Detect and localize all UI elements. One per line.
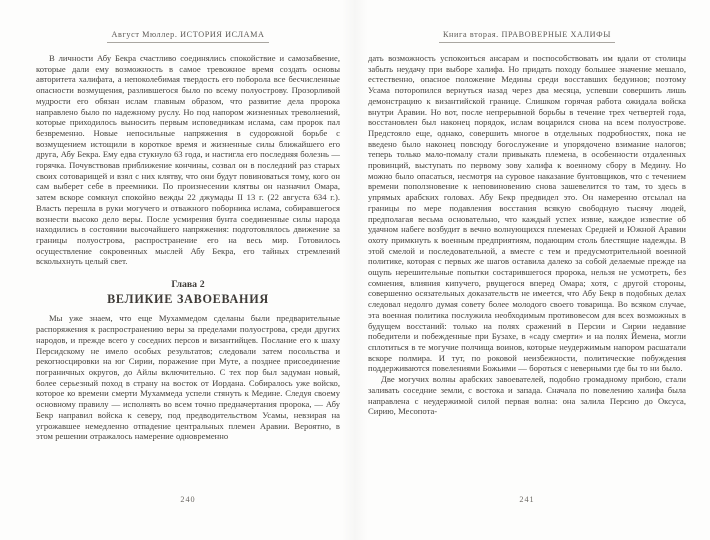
book-scan-spread: Август Мюллер. ИСТОРИЯ ИСЛАМА В личности… — [0, 0, 710, 540]
chapter-label: Глава 2 — [36, 280, 340, 291]
body-paragraph: дать возможность успокоиться ансарам и п… — [368, 53, 686, 374]
right-running-head: Книга вторая. ПРАВОВЕРНЫЕ ХАЛИФЫ — [368, 24, 686, 40]
chapter-title: ВЕЛИКИЕ ЗАВОЕВАНИЯ — [36, 294, 340, 305]
body-paragraph: В личности Абу Бекра счастливо соединяли… — [36, 53, 340, 267]
left-page-body: В личности Абу Бекра счастливо соединяли… — [36, 53, 340, 442]
right-page-body: дать возможность успокоиться ансарам и п… — [368, 53, 686, 417]
chapter-heading: Глава 2 ВЕЛИКИЕ ЗАВОЕВАНИЯ — [36, 280, 340, 304]
body-paragraph: Мы уже знаем, что еще Мухаммедом сделаны… — [36, 313, 340, 441]
left-running-head-text: Август Мюллер. ИСТОРИЯ ИСЛАМА — [107, 30, 268, 43]
right-page: Книга вторая. ПРАВОВЕРНЫЕ ХАЛИФЫ дать во… — [368, 24, 686, 516]
right-running-head-text: Книга вторая. ПРАВОВЕРНЫЕ ХАЛИФЫ — [439, 30, 615, 43]
body-paragraph: Две могучих волны арабских завоевателей,… — [368, 374, 686, 417]
page-gutter-shadow — [342, 0, 368, 540]
left-running-head: Август Мюллер. ИСТОРИЯ ИСЛАМА — [36, 24, 340, 40]
left-page: Август Мюллер. ИСТОРИЯ ИСЛАМА В личности… — [36, 24, 340, 516]
left-page-number: 240 — [36, 495, 340, 504]
right-page-number: 241 — [368, 495, 686, 504]
